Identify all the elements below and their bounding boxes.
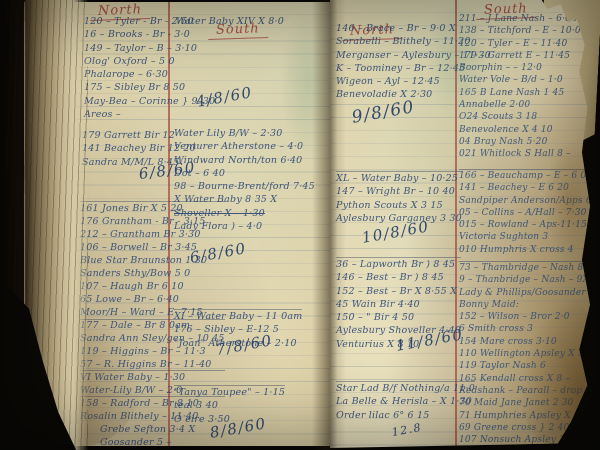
ledger-entry: "Tanya Toupee" – 1·15 <box>174 386 285 399</box>
entry-group: 7/8/60 <box>216 338 273 362</box>
ledger-entry: O24 Scouts 3 18 <box>459 111 581 123</box>
entry-group: 8/8/60 <box>210 421 267 445</box>
ledger-entry: Dot – 6 40 <box>174 167 315 180</box>
ledger-entry: Boorphin – – 12·0 <box>459 62 581 74</box>
ledger-entry: Order lilac 6° 6 15 <box>336 409 475 422</box>
ledger-entry: 107 – Haugh Br 6 10 <box>80 280 225 293</box>
ledger-entry: Olog' Oxford – 5 0 <box>84 55 215 68</box>
ledger-entry: 04 Bray Nash 5·20 <box>459 136 581 148</box>
ledger-entry: XL – Water Baby – 10·25 <box>336 172 462 185</box>
ledger-entry: Lady & Phillips/Goosander } 10 40 <box>459 287 598 299</box>
ledger-entry: Water Baby XIV X 8·0 <box>176 15 284 28</box>
ledger-entry: 16 – Brooks - Br - 3·0 <box>84 28 215 41</box>
ledger-entry: 70 Maid Jane Janet 2 30 <box>459 397 598 409</box>
ledger-entry: La Belle & Herisla – X 1·30 <box>336 395 475 408</box>
entry-group: 73 – Thambridge – Nash 8 509 – Thanbridg… <box>459 262 598 446</box>
ledger-entry: 147 – Wright Br – 10 40 <box>336 185 462 198</box>
entry-group: 166 – Beauchamp – E – 6 0141 – Beachey –… <box>459 170 598 256</box>
entry-group: Star Lad B/f Nothing/a 11·0La Belle & He… <box>336 382 475 422</box>
ledger-entry: Annabelle 2·00 <box>459 99 581 111</box>
ledger-entry: Shoveller X – 1·30 <box>174 207 315 220</box>
ledger-entry: Victoria Sughton 3 <box>459 231 598 243</box>
entry-group: 9/8/60 <box>352 106 416 130</box>
ledger-entry: 179 – Garrett E – 11·45 <box>459 50 581 62</box>
ledger-entry: 146 – Best – Br ) 8 45 <box>336 271 461 284</box>
entry-group: 12.8 <box>392 426 423 440</box>
ledger-entry: 57 – R. Higgins Br – 11-40 <box>80 358 225 371</box>
ledger-entry: 141 – Beachey – E 6 20 <box>459 182 598 194</box>
right-page: North South 146 – Brace – Br – 9·0 XSora… <box>330 0 598 448</box>
ledger-entry: Phalarope – 6·30 <box>84 68 215 81</box>
ledger-entry: XI – Water Baby – 11 0am <box>174 310 302 323</box>
ledger-entry: 119 Taylor Nash 6 <box>459 360 598 372</box>
left-page: North South 120 – Tyler - Br - 2·5016 – … <box>24 2 330 446</box>
ledger-entry: 138 – Titchford – E – 10·0 <box>459 25 581 37</box>
ledger-entry: Redshank – Pearall – drop 10·00 <box>459 385 598 397</box>
ledger-entry: Water Vole – B/d – 1·0 <box>459 74 581 86</box>
ledger-entry: 010 Humphris X cross 4 <box>459 244 598 256</box>
entry-group: Water Baby XIV X 8·0 <box>176 15 284 28</box>
ledger-entry: teal 3 40 <box>174 399 285 412</box>
ledger-entry: 6 Smith cross 3 <box>459 323 598 335</box>
ledger-entry: 9 – Thanbridge – Nash – 9X0 <box>459 274 598 286</box>
ledger-book-photo: North South 120 – Tyler - Br - 2·5016 – … <box>0 0 600 450</box>
ledger-entry: 69 Greene cross } 2 40 <box>459 422 598 434</box>
ledger-entry: 166 – Beauchamp – E – 6 0 <box>459 170 598 182</box>
ledger-entry: 45 Wain Bir 4·40 <box>336 298 461 311</box>
ledger-entry: 110 Wellington Apsley X 1 15 <box>459 348 598 360</box>
entry-group: 11/8/60 <box>396 334 464 358</box>
ledger-entry: Sandpiper Anderson/Apps 6 30 X <box>459 195 598 207</box>
date-entry: 12.8 <box>391 421 423 440</box>
entry-group: 211 – J Lane Nash – 6·0 X138 – Titchford… <box>459 13 581 161</box>
ledger-entry: 107 Nonsuch Apsley 30 <box>459 434 598 446</box>
ledger-entry: Windward North/ton 6·40 <box>174 154 315 167</box>
entry-group: 6/8/60 <box>190 246 247 270</box>
ledger-entry: Water Lily B/W – 2·30 <box>174 127 315 140</box>
ledger-entry: X Water Baby 8 35 X <box>174 193 315 206</box>
ledger-entry: 71 Humphries Apsley X 3 30 <box>459 410 598 422</box>
entry-group: 4/8/60 <box>196 90 253 114</box>
ledger-entry: 152 – Best – Br X 8·55 X <box>336 285 461 298</box>
ledger-entry: 015 – Rowland – Aps-11·15 <box>459 219 598 231</box>
ledger-entry: 120 – Tyler – E – 11·40 <box>459 38 581 50</box>
ledger-entry: Benevolence X 4 10 <box>459 124 581 136</box>
ledger-entry: 154 Mare cross 3·10 <box>459 336 598 348</box>
ledger-entry: Star Lad B/f Nothing/a 11·0 <box>336 382 475 395</box>
ledger-entry: Venturer Atherstone – 4·0 <box>174 140 315 153</box>
entry-group: XL – Water Baby – 10·25147 – Wright Br –… <box>336 172 462 225</box>
ledger-entry: 165 Kendall cross X 8 – <box>459 373 598 385</box>
ledger-entry: Bonny Maid: <box>459 299 598 311</box>
ledger-entry: 021 Whitlock S Hall 8 – <box>459 148 581 160</box>
ledger-entry: 65 Lowe – Br – 6·40 <box>80 293 225 306</box>
ledger-entry: 211 – J Lane Nash – 6·0 X <box>459 13 581 25</box>
ledger-entry: 73 – Thambridge – Nash 8 50 <box>459 262 598 274</box>
entry-group: Water Lily B/W – 2·30Venturer Atherstone… <box>174 127 315 233</box>
ledger-entry: 152 – Wilson – Bror 2·0 <box>459 311 598 323</box>
ledger-entry: Goosander 5 – <box>80 436 225 446</box>
ledger-entry: 150 – " Bir 4 50 <box>336 311 461 324</box>
ledger-entry: VI Water Baby – 1·30 <box>80 371 225 384</box>
ledger-entry: 98 – Bourne-Brent/ford 7·45 <box>174 180 315 193</box>
entry-group: 10/8/60 <box>362 226 430 250</box>
ledger-entry: 149 – Taylor – B – 3·10 <box>84 42 215 55</box>
ledger-entry: 165 B Lane Nash 1 45 <box>459 87 581 99</box>
ledger-entry: Lady Flora ) – 4·0 <box>174 220 315 233</box>
ledger-entry: Python Scouts X 3 15 <box>336 199 462 212</box>
ledger-entry: 36 – Lapworth Br ) 8 45 <box>336 258 461 271</box>
ledger-entry: 05 – Collins – A/Hall – 7·30 <box>459 207 598 219</box>
